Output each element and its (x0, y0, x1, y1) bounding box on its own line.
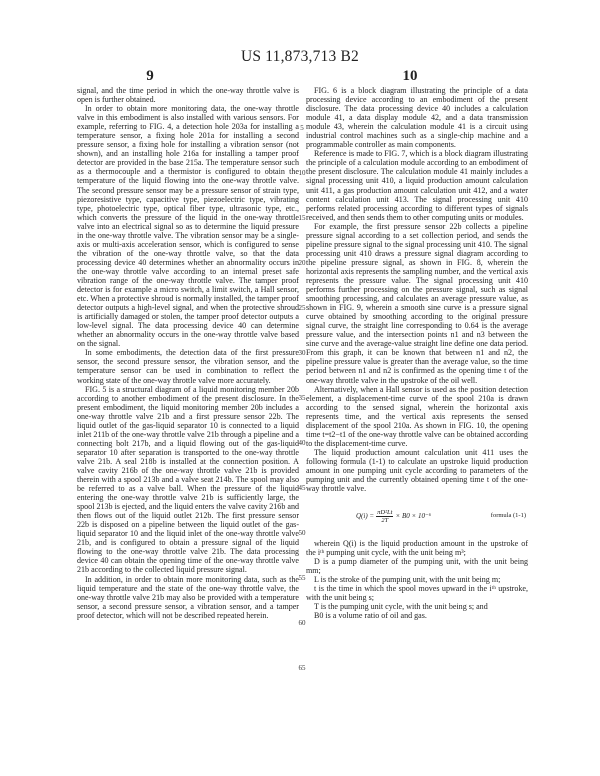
definition: B0 is a volume ratio of oil and gas. (306, 611, 528, 620)
left-text-column: signal, and the time period in which the… (77, 86, 299, 620)
right-text-column: FIG. 6 is a block diagram illustrating t… (306, 86, 528, 621)
formula-label: formula (1-1) (491, 511, 526, 520)
paragraph: Reference is made to FIG. 7, which is a … (306, 149, 528, 221)
paragraph: Alternatively, when a Hall sensor is use… (306, 385, 528, 448)
definition: D is a pump diameter of the pumping unit… (306, 557, 528, 575)
formula-fraction: πD²Lt 2T (376, 509, 393, 524)
paragraph: FIG. 5 is a structural diagram of a liqu… (77, 385, 299, 575)
formula-tail: × B0 × 10⁻⁶ (395, 512, 431, 521)
left-column-number: 9 (120, 68, 180, 85)
paragraph: signal, and the time period in which the… (77, 86, 299, 104)
paragraph: FIG. 6 is a block diagram illustrating t… (306, 86, 528, 149)
paragraph: In some embodiments, the detection data … (77, 348, 299, 384)
definition: T is the pumping unit cycle, with the un… (306, 602, 528, 611)
definition: L is the stroke of the pumping unit, wit… (306, 575, 528, 584)
formula-numerator: πD²Lt (376, 509, 393, 517)
formula-lhs: Q(i) = (356, 512, 374, 521)
paragraph: In addition, in order to obtain more mon… (77, 575, 299, 620)
formula-block: Q(i) = πD²Lt 2T × B0 × 10⁻⁶ formula (1-1… (306, 503, 528, 531)
paragraph: The liquid production amount calculation… (306, 448, 528, 493)
formula-denominator: 2T (381, 517, 388, 524)
paragraph: For example, the first pressure sensor 2… (306, 222, 528, 385)
right-column-number: 10 (380, 68, 440, 85)
definition: t is the time in which the spool moves u… (306, 584, 528, 602)
patent-number-header: US 11,873,713 B2 (0, 48, 600, 66)
definition: wherein Q(i) is the liquid production am… (306, 539, 528, 557)
line-number: 65 (297, 664, 307, 672)
paragraph: In order to obtain more monitoring data,… (77, 104, 299, 348)
formula-equation: Q(i) = πD²Lt 2T × B0 × 10⁻⁶ (356, 509, 431, 524)
